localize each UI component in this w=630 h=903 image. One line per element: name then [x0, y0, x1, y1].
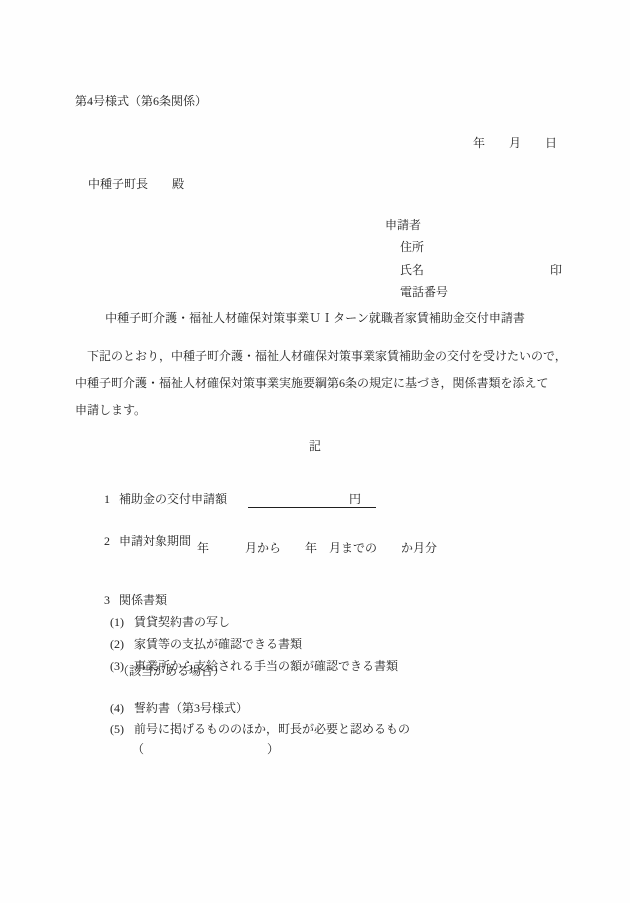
application-form-page: 第4号様式（第6条関係） 年 月 日 中種子町長 殿 申請者 住所 氏名 印 電… — [0, 0, 630, 903]
body-line-1: 下記のとおり，中種子町介護・福祉人材確保対策事業家賃補助金の交付を受けたいので， — [75, 349, 567, 364]
date-line: 年 月 日 — [473, 136, 557, 151]
item-2-label: 申請対象期間 — [119, 534, 191, 549]
applicant-heading: 申請者 — [385, 218, 421, 233]
seal-mark: 印 — [550, 263, 562, 278]
period-fill-in-line: 年 月から 年 月までの か月分 — [197, 541, 437, 556]
item-1-line: 1補助金の交付申請額円 — [92, 477, 376, 523]
applicant-phone-label: 電話番号 — [400, 285, 448, 300]
document-title: 中種子町介護・福祉人材確保対策事業ＵＩターン就職者家賃補助金交付申請書 — [0, 311, 630, 326]
item-1-number: 1 — [104, 492, 110, 507]
form-number: 第4号様式（第6条関係） — [75, 94, 207, 109]
body-line-2: 中種子町介護・福祉人材確保対策事業実施要綱第6条の規定に基づき，関係書類を添えて — [75, 376, 549, 391]
applicant-name-label: 氏名 — [400, 263, 424, 278]
addressee: 中種子町長 殿 — [88, 177, 184, 192]
record-marker: 記 — [0, 439, 630, 454]
blank-paren-close: ） — [267, 742, 279, 756]
applicant-address-label: 住所 — [400, 240, 424, 255]
body-line-3: 申請します。 — [75, 403, 146, 418]
item-1-label: 補助金の交付申請額 — [119, 492, 227, 507]
item-2-number: 2 — [104, 534, 110, 549]
doc-item-3-note: （該当がある場合） — [117, 664, 225, 679]
doc-item-5-blank: （） — [120, 727, 279, 772]
item-2-line: 2申請対象期間 — [92, 519, 191, 564]
blank-paren-open: （ — [132, 742, 144, 756]
amount-fill-in-blank: 円 — [248, 492, 376, 508]
